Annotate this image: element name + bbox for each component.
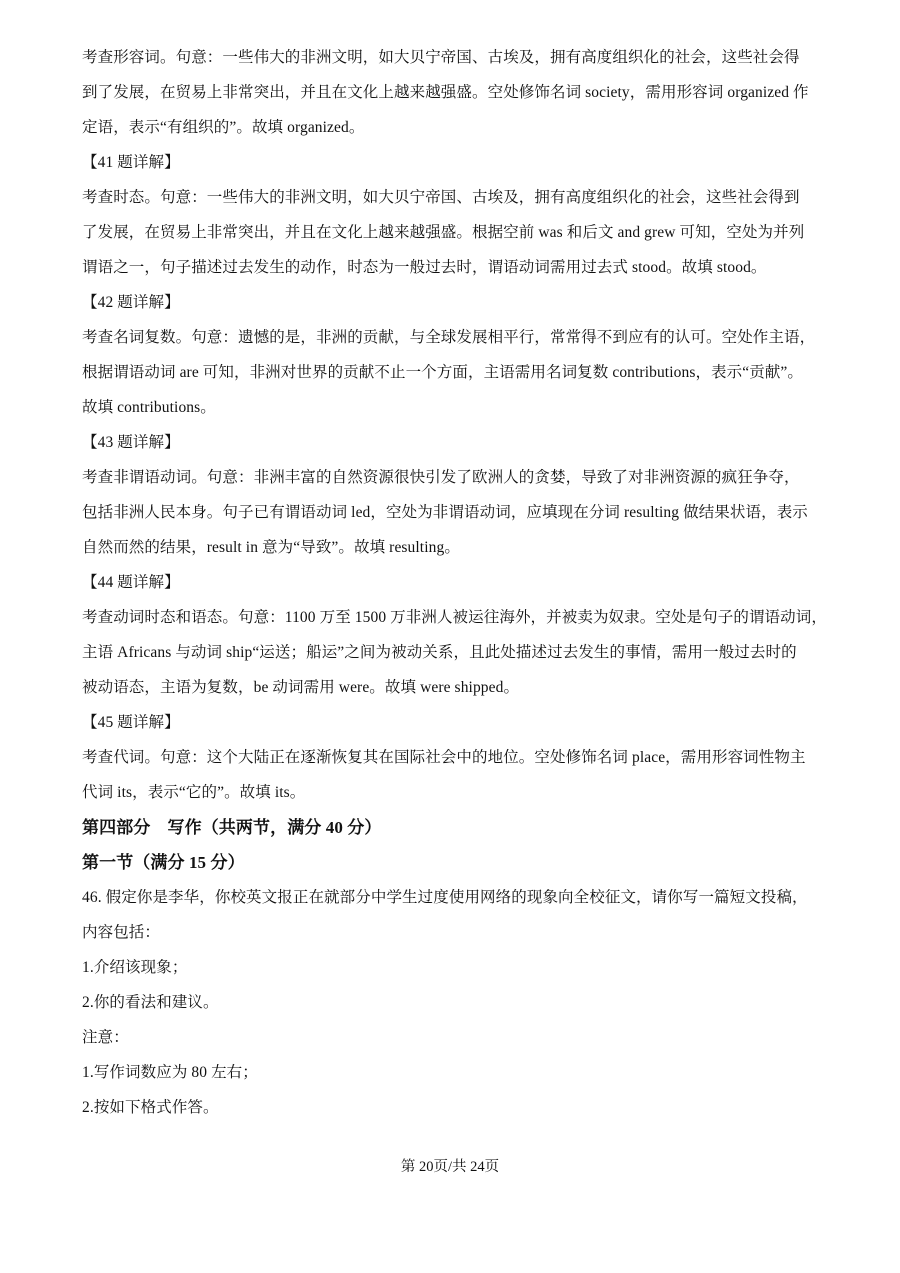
text-line: 故填 contributions。 xyxy=(82,390,822,425)
text-line: 考查动词时态和语态。句意：1100 万至 1500 万非洲人被运往海外，并被卖为… xyxy=(82,600,822,635)
question-label: 【43 题详解】 xyxy=(82,425,822,460)
text-line: 定语，表示“有组织的”。故填 organized。 xyxy=(82,110,822,145)
text-line: 根据谓语动词 are 可知，非洲对世界的贡献不止一个方面，主语需用名词复数 co… xyxy=(82,355,822,390)
notes-label: 注意： xyxy=(82,1020,822,1055)
text-line: 考查名词复数。句意：遗憾的是，非洲的贡献，与全球发展相平行，常常得不到应有的认可… xyxy=(82,320,822,355)
page-indicator: 第 20页/共 24页 xyxy=(401,1159,499,1175)
text-line: 到了发展，在贸易上非常突出，并且在文化上越来越强盛。空处修饰名词 society… xyxy=(82,75,822,110)
question-label: 【41 题详解】 xyxy=(82,145,822,180)
question-prompt-line: 46. 假定你是李华，你校英文报正在就部分中学生过度使用网络的现象向全校征文，请… xyxy=(82,880,822,915)
q41-explanation: 【41 题详解】 考查时态。句意：一些伟大的非洲文明，如大贝宁帝国、古埃及，拥有… xyxy=(82,145,822,285)
text-line: 了发展，在贸易上非常突出，并且在文化上越来越强盛。根据空前 was 和后文 an… xyxy=(82,215,822,250)
text-line: 代词 its，表示“它的”。故填 its。 xyxy=(82,775,822,810)
q44-explanation: 【44 题详解】 考查动词时态和语态。句意：1100 万至 1500 万非洲人被… xyxy=(82,565,822,705)
content-point: 2.你的看法和建议。 xyxy=(82,985,822,1020)
text-line: 自然而然的结果，result in 意为“导致”。故填 resulting。 xyxy=(82,530,822,565)
text-line: 考查非谓语动词。句意：非洲丰富的自然资源很快引发了欧洲人的贪婪，导致了对非洲资源… xyxy=(82,460,822,495)
text-line: 被动语态，主语为复数，be 动词需用 were。故填 were shipped。 xyxy=(82,670,822,705)
question-label: 【44 题详解】 xyxy=(82,565,822,600)
q42-explanation: 【42 题详解】 考查名词复数。句意：遗憾的是，非洲的贡献，与全球发展相平行，常… xyxy=(82,285,822,425)
question-prompt-line: 内容包括： xyxy=(82,915,822,950)
text-line: 包括非洲人民本身。句子已有谓语动词 led，空处为非谓语动词，应填现在分词 re… xyxy=(82,495,822,530)
note-item: 1.写作词数应为 80 左右； xyxy=(82,1055,822,1090)
document-page: 考查形容词。句意：一些伟大的非洲文明，如大贝宁帝国、古埃及，拥有高度组织化的社会… xyxy=(82,40,822,1125)
page-footer: 第 20页/共 24页 xyxy=(0,1155,900,1179)
subsection-heading: 第一节（满分 15 分） xyxy=(82,845,822,880)
q40-explanation: 考查形容词。句意：一些伟大的非洲文明，如大贝宁帝国、古埃及，拥有高度组织化的社会… xyxy=(82,40,822,145)
text-line: 考查时态。句意：一些伟大的非洲文明，如大贝宁帝国、古埃及，拥有高度组织化的社会，… xyxy=(82,180,822,215)
text-line: 考查形容词。句意：一些伟大的非洲文明，如大贝宁帝国、古埃及，拥有高度组织化的社会… xyxy=(82,40,822,75)
note-item: 2.按如下格式作答。 xyxy=(82,1090,822,1125)
q43-explanation: 【43 题详解】 考查非谓语动词。句意：非洲丰富的自然资源很快引发了欧洲人的贪婪… xyxy=(82,425,822,565)
part4-writing: 第四部分 写作（共两节，满分 40 分） 第一节（满分 15 分） 46. 假定… xyxy=(82,810,822,1125)
content-point: 1.介绍该现象； xyxy=(82,950,822,985)
text-line: 考查代词。句意：这个大陆正在逐渐恢复其在国际社会中的地位。空处修饰名词 plac… xyxy=(82,740,822,775)
text-line: 谓语之一，句子描述过去发生的动作，时态为一般过去时，谓语动词需用过去式 stoo… xyxy=(82,250,822,285)
question-label: 【45 题详解】 xyxy=(82,705,822,740)
question-label: 【42 题详解】 xyxy=(82,285,822,320)
q45-explanation: 【45 题详解】 考查代词。句意：这个大陆正在逐渐恢复其在国际社会中的地位。空处… xyxy=(82,705,822,810)
section-heading: 第四部分 写作（共两节，满分 40 分） xyxy=(82,810,822,845)
text-line: 主语 Africans 与动词 ship“运送；船运”之间为被动关系，且此处描述… xyxy=(82,635,822,670)
